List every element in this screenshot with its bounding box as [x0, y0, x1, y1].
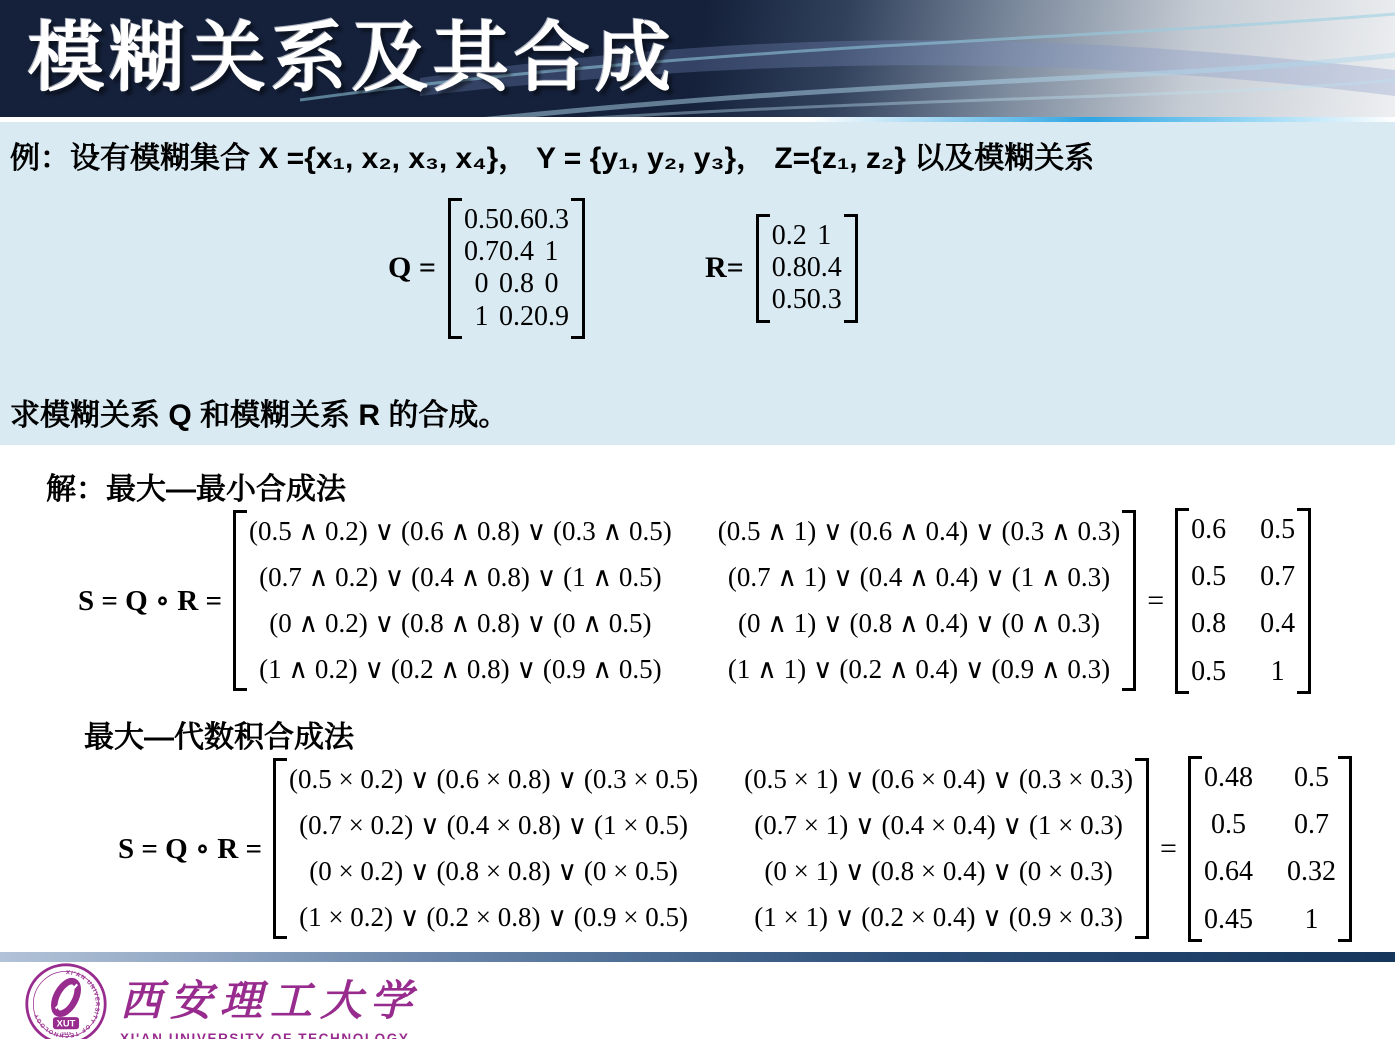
matrix-cell: (0.7 × 1) ∨ (0.4 × 0.4) ∨ (1 × 0.3) — [754, 810, 1123, 841]
matrix-q-label: Q = — [388, 251, 436, 285]
matrix-q: 0.50.60.30.70.4100.8010.20.9 — [448, 198, 585, 339]
matrix-cell: (1 × 1) ∨ (0.2 × 0.4) ∨ (0.9 × 0.3) — [754, 902, 1123, 933]
matrix-cell: 0.8 — [1191, 608, 1226, 640]
maxprod-expression-grid: (0.5 × 0.2) ∨ (0.6 × 0.8) ∨ (0.3 × 0.5)(… — [289, 764, 1133, 933]
matrix-r-label: R= — [705, 251, 744, 285]
matrix-cell: 1 — [1304, 904, 1318, 936]
matrix-cell: (0.7 × 0.2) ∨ (0.4 × 0.8) ∨ (1 × 0.5) — [299, 810, 688, 841]
slide: 模糊关系及其合成 例：设有模糊集合 X ={x₁, x₂, x₃, x₄}， Y… — [0, 0, 1395, 1039]
maxprod-result-grid: 0.480.50.50.70.640.320.451 — [1204, 762, 1336, 936]
maxprod-equation: S = Q ∘ R = (0.5 × 0.2) ∨ (0.6 × 0.8) ∨ … — [118, 756, 1352, 942]
task-statement: 求模糊关系 Q 和模糊关系 R 的合成。 — [10, 390, 508, 434]
matrix-cell: 0.6 — [499, 204, 534, 236]
matrix-cell: 1 — [474, 301, 488, 333]
matrix-cell: (0 × 1) ∨ (0.8 × 0.4) ∨ (0 × 0.3) — [764, 856, 1112, 887]
matrix-cell: (0.5 × 1) ∨ (0.6 × 0.4) ∨ (0.3 × 0.3) — [744, 764, 1133, 795]
maxprod-heading: 最大—代数积合成法 — [84, 712, 354, 756]
matrix-cell: 0.4 — [807, 252, 842, 284]
matrix-q-block: Q = 0.50.60.30.70.4100.8010.20.9 — [388, 198, 585, 339]
matrix-cell: 0.7 — [464, 236, 499, 268]
matrix-cell: 1 — [817, 220, 831, 252]
university-seal-icon: XI'AN UNIVERSITY OF TECHNOLOGY XUT 1949 — [24, 962, 108, 1039]
matrix-cell: 0.5 — [772, 284, 807, 316]
maxmin-heading: 解：最大—最小合成法 — [46, 464, 346, 508]
matrix-cell: 0.5 — [1211, 809, 1246, 841]
matrix-cell: 0.2 — [772, 220, 807, 252]
matrix-cell: (1 ∧ 1) ∨ (0.2 ∧ 0.4) ∨ (0.9 ∧ 0.3) — [728, 654, 1110, 685]
page-title: 模糊关系及其合成 — [28, 0, 676, 118]
maxprod-expression-matrix: (0.5 × 0.2) ∨ (0.6 × 0.8) ∨ (0.3 × 0.5)(… — [273, 758, 1149, 939]
matrix-cell: (0.5 ∧ 0.2) ∨ (0.6 ∧ 0.8) ∨ (0.3 ∧ 0.5) — [249, 516, 672, 547]
matrix-cell: (0 ∧ 1) ∨ (0.8 ∧ 0.4) ∨ (0 ∧ 0.3) — [738, 608, 1100, 639]
matrix-cell: 0.64 — [1204, 856, 1253, 888]
matrix-cell: (0.7 ∧ 1) ∨ (0.4 ∧ 0.4) ∨ (1 ∧ 0.3) — [728, 562, 1110, 593]
matrix-cell: (0.5 ∧ 1) ∨ (0.6 ∧ 0.4) ∨ (0.3 ∧ 0.3) — [718, 516, 1121, 547]
matrix-cell: 0.5 — [1191, 561, 1226, 593]
matrix-cell: 1 — [544, 236, 558, 268]
matrix-cell: 0.3 — [807, 284, 842, 316]
maxmin-result-grid: 0.60.50.50.70.80.40.51 — [1191, 514, 1295, 688]
university-name-chinese: 西安理工大学 — [120, 968, 420, 1028]
seal-year-text: 1949 — [61, 1031, 72, 1036]
given-matrices-row: Q = 0.50.60.30.70.4100.8010.20.9 R= 0.21… — [388, 198, 858, 339]
example-statement: 例：设有模糊集合 X ={x₁, x₂, x₃, x₄}， Y = {y₁, y… — [10, 133, 1094, 177]
matrix-cell: 0.7 — [1294, 809, 1329, 841]
matrix-q-grid: 0.50.60.30.70.4100.8010.20.9 — [464, 204, 569, 333]
maxprod-equals-sign: = — [1160, 832, 1177, 866]
matrix-r-grid: 0.210.80.40.50.3 — [772, 220, 842, 317]
matrix-cell: 0.8 — [772, 252, 807, 284]
maxmin-equation: S = Q ∘ R = (0.5 ∧ 0.2) ∨ (0.6 ∧ 0.8) ∨ … — [78, 508, 1311, 694]
matrix-cell: 0.3 — [534, 204, 569, 236]
matrix-cell: 0.5 — [464, 204, 499, 236]
matrix-cell: 0.48 — [1204, 762, 1253, 794]
university-name-block: 西安理工大学 XI'AN UNIVERSITY OF TECHNOLOGY — [120, 968, 420, 1039]
maxmin-result-matrix: 0.60.50.50.70.80.40.51 — [1175, 508, 1311, 694]
footer-divider-bar — [0, 952, 1395, 962]
seal-abbr-text: XUT — [57, 1018, 76, 1028]
maxmin-equation-prefix: S = Q ∘ R = — [78, 583, 222, 618]
header-banner: 模糊关系及其合成 — [0, 0, 1395, 120]
matrix-cell: 0.5 — [1294, 762, 1329, 794]
university-logo: XI'AN UNIVERSITY OF TECHNOLOGY XUT 1949 … — [24, 962, 420, 1039]
maxprod-equation-prefix: S = Q ∘ R = — [118, 831, 262, 866]
matrix-cell: 0.4 — [1260, 608, 1295, 640]
matrix-cell: (0 ∧ 0.2) ∨ (0.8 ∧ 0.8) ∨ (0 ∧ 0.5) — [269, 608, 651, 639]
matrix-cell: 0.45 — [1204, 904, 1253, 936]
matrix-cell: 0 — [474, 268, 488, 300]
matrix-cell: (0 × 0.2) ∨ (0.8 × 0.8) ∨ (0 × 0.5) — [309, 856, 678, 887]
university-name-english: XI'AN UNIVERSITY OF TECHNOLOGY — [120, 1031, 420, 1039]
matrix-cell: 0 — [544, 268, 558, 300]
matrix-cell: 0.32 — [1287, 856, 1336, 888]
matrix-r-block: R= 0.210.80.40.50.3 — [705, 214, 858, 323]
maxprod-result-matrix: 0.480.50.50.70.640.320.451 — [1188, 756, 1352, 942]
maxmin-equals-sign: = — [1147, 584, 1164, 618]
matrix-r: 0.210.80.40.50.3 — [756, 214, 858, 323]
matrix-cell: 0.5 — [1191, 656, 1226, 688]
maxmin-expression-grid: (0.5 ∧ 0.2) ∨ (0.6 ∧ 0.8) ∨ (0.3 ∧ 0.5)(… — [249, 516, 1120, 685]
matrix-cell: 0.2 — [499, 301, 534, 333]
matrix-cell: 1 — [1271, 656, 1285, 688]
matrix-cell: (0.7 ∧ 0.2) ∨ (0.4 ∧ 0.8) ∨ (1 ∧ 0.5) — [259, 562, 662, 593]
matrix-cell: 0.6 — [1191, 514, 1226, 546]
matrix-cell: 0.8 — [499, 268, 534, 300]
matrix-cell: (1 × 0.2) ∨ (0.2 × 0.8) ∨ (0.9 × 0.5) — [299, 902, 688, 933]
matrix-cell: 0.4 — [499, 236, 534, 268]
matrix-cell: (0.5 × 0.2) ∨ (0.6 × 0.8) ∨ (0.3 × 0.5) — [289, 764, 698, 795]
matrix-cell: 0.9 — [534, 301, 569, 333]
matrix-cell: 0.7 — [1260, 561, 1295, 593]
maxmin-expression-matrix: (0.5 ∧ 0.2) ∨ (0.6 ∧ 0.8) ∨ (0.3 ∧ 0.5)(… — [233, 510, 1136, 691]
matrix-cell: 0.5 — [1260, 514, 1295, 546]
matrix-cell: (1 ∧ 0.2) ∨ (0.2 ∧ 0.8) ∨ (0.9 ∧ 0.5) — [259, 654, 662, 685]
